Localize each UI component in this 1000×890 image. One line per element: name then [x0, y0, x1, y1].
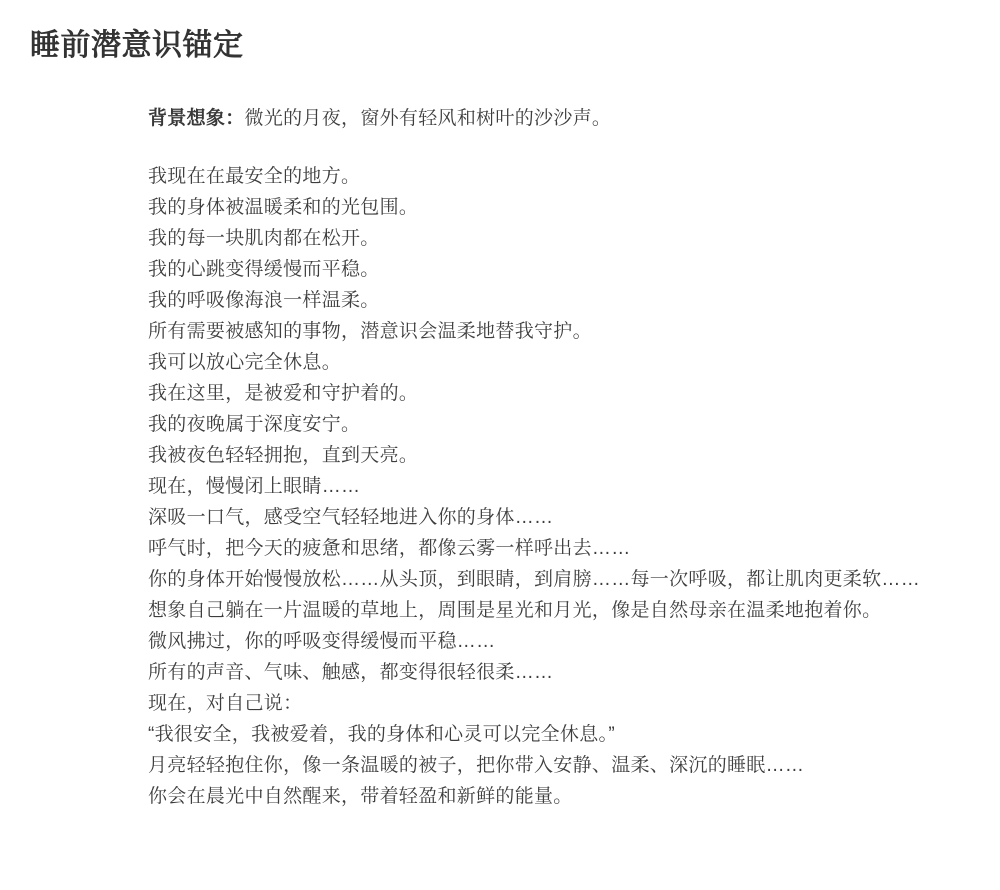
script-line: 我的心跳变得缓慢而平稳。 — [148, 254, 960, 285]
script-line: 我现在在最安全的地方。 — [148, 161, 960, 192]
document-page: { "title": "睡前潜意识锚定", "intro": { "label"… — [0, 0, 1000, 890]
script-line: 微风拂过，你的呼吸变得缓慢而平稳…… — [148, 626, 960, 657]
script-line: 所有的声音、气味、触感，都变得很轻很柔…… — [148, 657, 960, 688]
script-line: 呼气时，把今天的疲惫和思绪，都像云雾一样呼出去…… — [148, 533, 960, 564]
script-line: 我的夜晚属于深度安宁。 — [148, 409, 960, 440]
script-line: “我很安全，我被爱着，我的身体和心灵可以完全休息。” — [148, 719, 960, 750]
script-line: 我被夜色轻轻拥抱，直到天亮。 — [148, 440, 960, 471]
script-line: 我的每一块肌肉都在松开。 — [148, 223, 960, 254]
script-line: 你会在晨光中自然醒来，带着轻盈和新鲜的能量。 — [148, 781, 960, 812]
background-imagery-label: 背景想象： — [148, 108, 245, 129]
script-line: 月亮轻轻抱住你，像一条温暖的被子，把你带入安静、温柔、深沉的睡眠…… — [148, 750, 960, 781]
script-line: 我可以放心完全休息。 — [148, 347, 960, 378]
page-title: 睡前潜意识锚定 — [30, 30, 1000, 62]
script-line: 想象自己躺在一片温暖的草地上，周围是星光和月光，像是自然母亲在温柔地抱着你。 — [148, 595, 960, 626]
affirmation-lines: 我现在在最安全的地方。 我的身体被温暖柔和的光包围。 我的每一块肌肉都在松开。 … — [148, 161, 960, 812]
script-line: 你的身体开始慢慢放松……从头顶，到眼睛，到肩膀……每一次呼吸，都让肌肉更柔软…… — [148, 564, 960, 595]
background-imagery-line: 背景想象：微光的月夜，窗外有轻风和树叶的沙沙声。 — [148, 103, 960, 134]
script-line: 我的呼吸像海浪一样温柔。 — [148, 285, 960, 316]
background-imagery-text: 微光的月夜，窗外有轻风和树叶的沙沙声。 — [245, 108, 612, 129]
script-line: 深吸一口气，感受空气轻轻地进入你的身体…… — [148, 502, 960, 533]
script-line: 所有需要被感知的事物，潜意识会温柔地替我守护。 — [148, 316, 960, 347]
script-line: 现在，慢慢闭上眼睛…… — [148, 471, 960, 502]
script-line: 现在，对自己说： — [148, 688, 960, 719]
script-content: 背景想象：微光的月夜，窗外有轻风和树叶的沙沙声。 我现在在最安全的地方。 我的身… — [148, 103, 960, 812]
script-line: 我的身体被温暖柔和的光包围。 — [148, 192, 960, 223]
script-line: 我在这里，是被爱和守护着的。 — [148, 378, 960, 409]
